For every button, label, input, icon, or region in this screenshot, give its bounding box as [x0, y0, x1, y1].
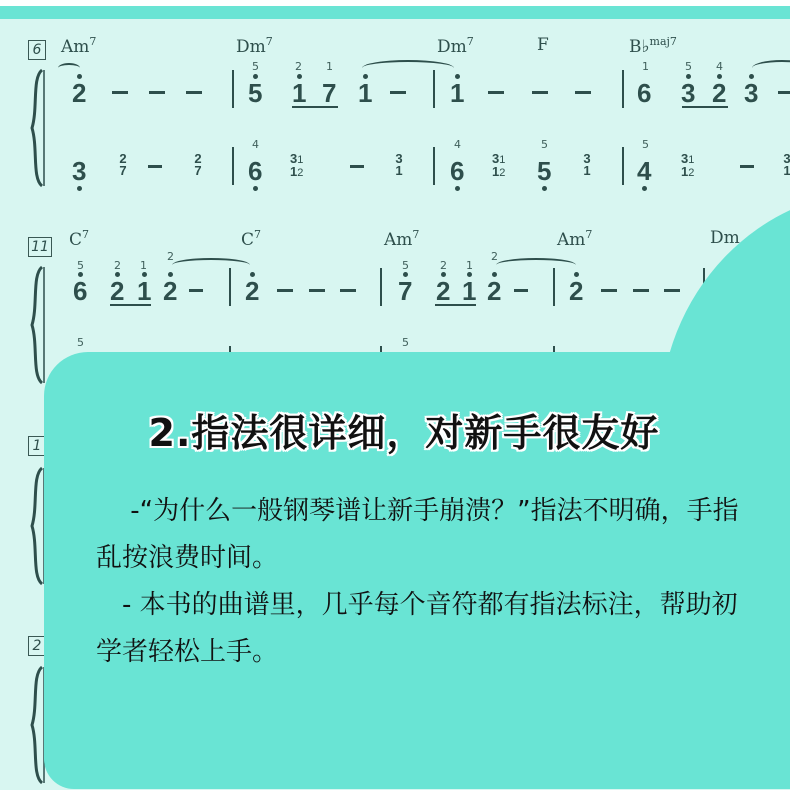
note: 2: [72, 80, 86, 106]
barline: [232, 147, 234, 185]
note: 5: [248, 80, 262, 106]
chord-am7: Am7: [557, 228, 592, 250]
chord-label: Am: [384, 230, 412, 250]
finger-number: 5: [77, 336, 84, 349]
chord-dm7: Dm7: [437, 35, 474, 57]
hold-dash: [664, 289, 680, 292]
note: 3: [72, 158, 86, 184]
tie-mark: [496, 258, 576, 272]
paragraph: - 本书的曲谱里，几乎每个音符都有指法标注，帮助初学者轻松上手。: [96, 582, 756, 676]
finger-number: 2: [114, 259, 121, 272]
hold-dash: [112, 91, 128, 94]
finger-number: 2: [295, 60, 302, 73]
panel-title: 2.指法很详细，对新手很友好: [44, 402, 764, 457]
finger-number: 4: [252, 138, 259, 151]
stack-bottom: 7: [116, 165, 130, 177]
tie-mark: [752, 60, 790, 76]
note: 4: [637, 158, 651, 184]
chord-stack: 31: [580, 153, 594, 177]
hold-dash: [186, 91, 202, 94]
chord-stack: 3112: [681, 153, 703, 179]
eighth-underline: [435, 304, 476, 306]
hold-dash: [350, 165, 364, 168]
finger-number: 5: [77, 259, 84, 272]
finger-sup: 2: [297, 167, 303, 179]
tie-mark: [58, 63, 80, 73]
note: 6: [637, 80, 651, 106]
note: 3: [744, 80, 758, 106]
finger-sup: 2: [499, 167, 505, 179]
hold-dash: [277, 289, 293, 292]
note: 2: [110, 278, 124, 304]
chord-stack: 27: [191, 153, 205, 177]
hold-dash: [189, 289, 203, 292]
hold-dash: [309, 289, 325, 292]
chord-stack: 3112: [492, 153, 514, 179]
chord-f: F: [537, 35, 549, 55]
finger-number: 5: [642, 138, 649, 151]
chord-sup: 7: [254, 228, 261, 241]
finger-sup: 2: [688, 167, 694, 179]
note: 2: [163, 278, 177, 304]
stack-bottom: 1: [580, 165, 594, 177]
note: 1: [137, 278, 151, 304]
barline: [433, 70, 435, 108]
finger-sup: 1: [688, 154, 694, 166]
barline: [433, 147, 435, 185]
note: 1: [450, 80, 464, 106]
chord-sup: 7: [585, 228, 592, 241]
hold-dash: [778, 91, 790, 94]
chord-label: F: [537, 35, 549, 55]
chord-label: Am: [557, 230, 585, 250]
chord-am7: Am7: [384, 228, 419, 250]
note: 6: [73, 278, 87, 304]
chord-label: Am: [61, 37, 89, 57]
finger-number: 4: [716, 60, 723, 73]
stack-bottom: 12: [681, 166, 703, 179]
chord-sup: 7: [82, 228, 89, 241]
chord-sup: 7: [412, 228, 419, 241]
note: 2: [245, 278, 259, 304]
eighth-underline: [110, 304, 151, 306]
finger-number: 1: [466, 259, 473, 272]
stack-bottom: 12: [290, 166, 312, 179]
stack-bottom: 1: [392, 165, 406, 177]
finger-number: 1: [326, 60, 333, 73]
finger-sup: 1: [297, 154, 303, 166]
chord-label: C: [69, 230, 82, 250]
chord-am7: Am7: [61, 35, 96, 57]
finger-number: 1: [140, 259, 147, 272]
hold-dash: [633, 289, 649, 292]
chord-sup: 7: [266, 35, 273, 48]
note: 1: [462, 278, 476, 304]
hold-dash: [148, 165, 162, 168]
barline: [553, 268, 555, 306]
finger-number: 2: [167, 250, 174, 263]
hold-dash: [601, 289, 617, 292]
system-number-6: 6: [28, 40, 46, 60]
chord-label: Dm: [236, 37, 266, 57]
eighth-underline: [292, 106, 338, 108]
barline: [380, 268, 382, 306]
finger-sup: 1: [499, 154, 505, 166]
note: 6: [450, 158, 464, 184]
chord-stack: 27: [116, 153, 130, 177]
barline: [232, 70, 234, 108]
tie-mark: [172, 258, 250, 272]
finger-number: 5: [402, 336, 409, 349]
chord-stack: 31: [392, 153, 406, 177]
finger-number: 2: [491, 250, 498, 263]
grand-staff-brace-icon: [28, 68, 46, 188]
finger-number: 1: [642, 60, 649, 73]
finger-number: 5: [541, 138, 548, 151]
hold-dash: [149, 91, 165, 94]
chord-bbmaj7: B♭maj7: [629, 35, 677, 57]
hold-dash: [514, 289, 528, 292]
chord-c7: C7: [241, 228, 261, 250]
hold-dash: [575, 91, 591, 94]
hold-dash: [532, 91, 548, 94]
hold-dash: [340, 289, 356, 292]
finger-number: 5: [685, 60, 692, 73]
note: 1: [292, 80, 306, 106]
hold-dash: [740, 165, 754, 168]
note: 3: [681, 80, 695, 106]
note: 6: [248, 158, 262, 184]
note: 7: [322, 80, 336, 106]
hold-dash: [390, 91, 406, 94]
chord-stack: 3112: [290, 153, 312, 179]
chord-stack: 31: [780, 153, 790, 177]
finger-number: 5: [402, 259, 409, 272]
note: 5: [537, 158, 551, 184]
note: 2: [712, 80, 726, 106]
chord-dm7: Dm7: [236, 35, 273, 57]
chord-label: C: [241, 230, 254, 250]
barline: [622, 70, 624, 108]
note: 7: [398, 278, 412, 304]
finger-number: 4: [454, 138, 461, 151]
chord-label: B♭: [629, 37, 650, 57]
finger-number: 5: [252, 60, 259, 73]
eighth-underline: [682, 106, 728, 108]
system-number-11: 11: [28, 237, 52, 257]
chord-sup: maj7: [650, 35, 677, 48]
grand-staff-brace-icon: [28, 265, 46, 385]
paragraph: -“为什么一般钢琴谱让新手崩溃？”指法不明确，手指乱按浪费时间。: [96, 488, 756, 582]
barline: [229, 268, 231, 306]
note: 1: [358, 80, 372, 106]
chord-label: Dm: [437, 37, 467, 57]
stack-bottom: 7: [191, 165, 205, 177]
stack-bottom: 12: [492, 166, 514, 179]
chord-c7: C7: [69, 228, 89, 250]
hold-dash: [488, 91, 504, 94]
stack-bottom: 1: [780, 165, 790, 177]
panel-body: -“为什么一般钢琴谱让新手崩溃？”指法不明确，手指乱按浪费时间。 - 本书的曲谱…: [96, 488, 756, 676]
note: 2: [436, 278, 450, 304]
note: 2: [487, 278, 501, 304]
top-accent-bar: [0, 6, 790, 19]
chord-sup: 7: [89, 35, 96, 48]
note: 2: [569, 278, 583, 304]
tie-mark: [362, 60, 454, 76]
chord-sup: 7: [467, 35, 474, 48]
finger-number: 2: [440, 259, 447, 272]
barline: [622, 147, 624, 185]
